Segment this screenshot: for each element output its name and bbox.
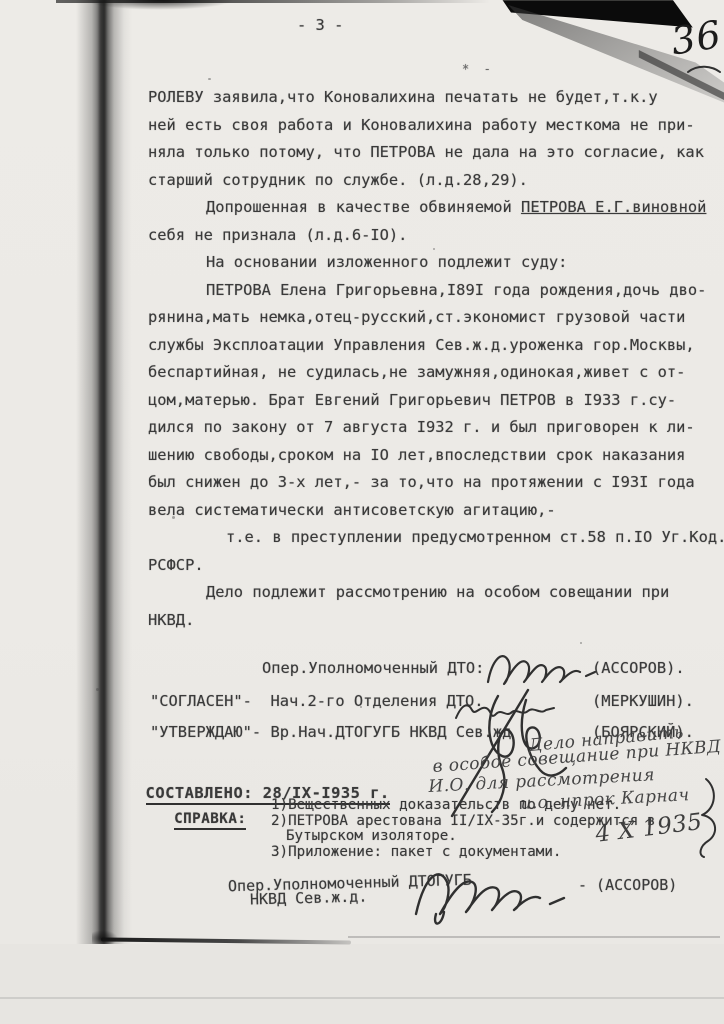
spravka-item-1: 1)Вещественных доказательств по делу нет… (271, 798, 621, 813)
body-line: цом,матерью. Брат Евгений Григорьевич ПЕ… (148, 387, 724, 415)
underlined-defendant-name: ПЕТРОВА Е.Г.виновной (521, 198, 706, 216)
body-line: т.е. в преступлении предусмотренном ст.5… (148, 524, 724, 552)
body-line: ПЕТРОВА Елена Григорьевна,I89I года рожд… (148, 277, 724, 305)
paper-speck (580, 642, 582, 644)
document-body: РОЛЕВУ заявила,что Коновалихина печатать… (148, 84, 724, 634)
footer-sig-name: - (АССОРОВ) (578, 872, 677, 900)
page-number-typed: - 3 - (297, 12, 343, 40)
sheet-number-underline-stroke (686, 60, 722, 76)
page-top-edge-blob (84, 0, 234, 10)
sig-row2-name: (МЕРКУШИН). (592, 688, 694, 716)
sig-row1-name: (АССОРОВ). (592, 655, 685, 683)
scan-seam-line (0, 997, 724, 999)
handwritten-sheet-number: 36 (668, 12, 724, 63)
body-line: ней есть своя работа и Коновалихина рабо… (148, 112, 724, 140)
paper-speck (360, 706, 362, 708)
signature-assorov-footer (408, 858, 578, 930)
spravka-title: СПРАВКА: (157, 797, 246, 827)
paper-speck (433, 248, 435, 250)
body-line: был снижен до 3-х лет,- за то,что на про… (148, 469, 724, 497)
paper-speck (208, 78, 211, 80)
body-line: вела систематически антисоветскую агитац… (148, 497, 724, 525)
body-line: старший сотрудник по службе. (л.д.28,29)… (148, 167, 724, 195)
body-line: няла только потому, что ПЕТРОВА не дала … (148, 139, 724, 167)
book-gutter-shadow-core (99, 0, 106, 941)
stray-marks: * - (462, 56, 491, 84)
page-bottom-edge-faint (348, 936, 720, 938)
paper-speck (96, 688, 99, 691)
body-line: РОЛЕВУ заявила,что Коновалихина печатать… (148, 84, 724, 112)
body-line: дился по закону от 7 августа I932 г. и б… (148, 414, 724, 442)
paper-speck (642, 478, 644, 481)
paraph-flourish (690, 775, 722, 860)
body-line: шению свободы,сроком на IO лет,впоследст… (148, 442, 724, 470)
body-line: рянина,мать немка,отец-русский,ст.эконом… (148, 304, 724, 332)
paper-speck (172, 516, 175, 519)
body-line: На основании изложенного подлежит суду: (148, 249, 724, 277)
body-line: службы Эксплоатации Управления Сев.ж.д.у… (148, 332, 724, 360)
page-bottom-left-corner (92, 930, 118, 944)
sig-row1-label: Опер.Уполномоченный ДТО: (262, 655, 484, 683)
body-line: РСФСР. (148, 552, 724, 580)
body-line: Дело подлежит рассмотрению на особом сов… (148, 579, 724, 607)
footer-label-line2: НКВД Сев.ж.д. (250, 883, 368, 914)
spravka-item-2-cont: Бутырском изоляторе. (286, 829, 457, 844)
spravka-title-text: СПРАВКА: (174, 811, 246, 830)
body-line: беспартийная, не судилась,не замужняя,од… (148, 359, 724, 387)
body-line: Допрошенная в качестве обвиняемой ПЕТРОВ… (148, 194, 724, 222)
body-line: себя не признала (л.д.6-IO). (148, 222, 724, 250)
body-line-text: Допрошенная в качестве обвиняемой (206, 198, 521, 216)
sig-row2-label: "СОГЛАСЕН"- Нач.2-го Отделения ДТО. (150, 688, 484, 716)
body-line: НКВД. (148, 607, 724, 635)
scan-background-bottom (0, 944, 724, 1024)
